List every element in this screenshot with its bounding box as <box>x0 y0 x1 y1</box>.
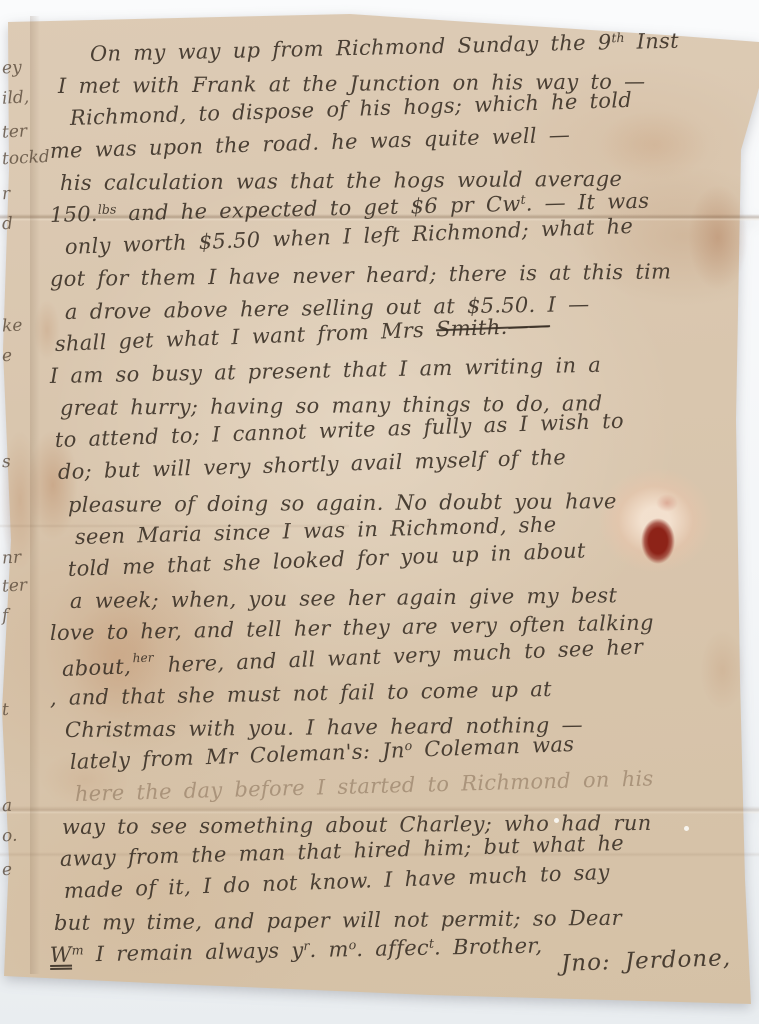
margin-fragment: e <box>1 860 12 880</box>
text-segment: . affec <box>356 936 429 961</box>
margin-fragment: s <box>1 452 11 472</box>
margin-fragment: e <box>1 346 12 366</box>
margin-fragment: ey <box>1 57 22 78</box>
text-segment: but my time, and paper will not permit; … <box>54 906 622 935</box>
margin-fragment: a <box>1 796 12 817</box>
text-segment: lbs <box>98 201 117 216</box>
text-segment: I remain always y <box>84 938 304 966</box>
text-segment: her <box>132 650 153 665</box>
margin-fragment: nr <box>1 548 21 569</box>
text-segment: th <box>611 30 625 45</box>
text-segment: a week; when, you see her again give my … <box>70 583 617 613</box>
margin-fragment: ke <box>1 315 22 336</box>
margin-fragment: ter <box>1 121 27 142</box>
text-segment: got for them I have never heard; there i… <box>50 260 672 292</box>
margin-fragment: r <box>1 184 10 204</box>
text-segment: Coleman was <box>412 732 575 762</box>
text-segment: Smith.—— <box>436 313 551 341</box>
letter-scan: eyild,tertockdrdkeesnrterftao.e On my wa… <box>0 0 759 1024</box>
text-segment: . m <box>309 937 349 962</box>
text-segment: 150. <box>50 202 99 227</box>
left-margin-fragments: eyild,tertockdrdkeesnrterftao.e <box>0 0 34 1024</box>
text-segment: about, <box>61 654 131 681</box>
margin-fragment: ter <box>1 575 27 596</box>
margin-fragment: o. <box>1 826 17 847</box>
pinhole <box>684 826 689 831</box>
margin-fragment: tockd <box>2 147 51 169</box>
margin-fragment: d <box>1 214 13 235</box>
margin-fragment: ild, <box>1 87 29 108</box>
text-segment: m <box>72 943 84 958</box>
margin-fragment: f <box>1 606 8 626</box>
margin-fragment: t <box>1 700 9 720</box>
wax-seal <box>641 518 675 564</box>
letter-body: On my way up from Richmond Sunday the 9t… <box>50 42 749 975</box>
pinhole <box>554 818 559 823</box>
text-segment: Inst <box>624 29 679 54</box>
text-segment: W <box>50 943 72 967</box>
text-segment: . Brother, <box>434 934 543 960</box>
text-segment: . — It was <box>525 189 649 216</box>
